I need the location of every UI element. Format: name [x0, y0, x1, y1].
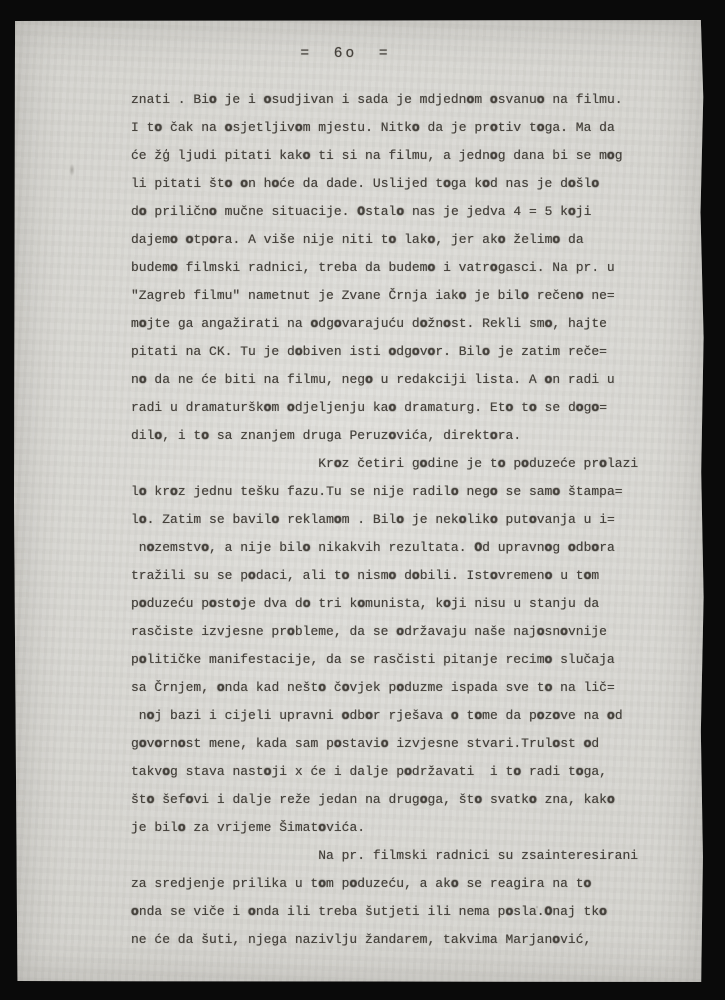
text-line: za sredjenje prilika u tom poduzeću, a a… [131, 870, 651, 898]
text-line: noj bazi i cijeli upravni odbor rješava … [131, 702, 651, 730]
text-line: mojte ga angažirati na odgovarajuću dožn… [131, 310, 651, 338]
text-line: sa Črnjem, onda kad nešto čovjek poduzme… [131, 674, 651, 702]
text-line: do prilično mučne situacije. Ostalo nas … [131, 198, 651, 226]
text-line: političke manifestacije, da se rasčisti … [131, 646, 651, 674]
text-line: Kroz četiri godine je to poduzeće prolaz… [131, 450, 651, 478]
text-line: I to čak na osjetljivom mjestu. Nitko da… [131, 114, 651, 142]
text-line: poduzeću postoje dva do tri komunista, k… [131, 590, 651, 618]
text-line: pitati na CK. Tu je dobiven isti odgovor… [131, 338, 651, 366]
text-line: radi u dramaturškom odjeljenju kao drama… [131, 394, 651, 422]
scan-background: = 6o = znati . Bio je i osudjivan i sada… [0, 0, 725, 1000]
text-line: dilo, i to sa znanjem druga Peruzovića, … [131, 422, 651, 450]
text-line: lo kroz jednu tešku fazu.Tu se nije radi… [131, 478, 651, 506]
text-line: govornost mene, kada sam postavio izvjes… [131, 730, 651, 758]
text-block: znati . Bio je i osudjivan i sada je mdj… [131, 86, 651, 954]
text-line: što šefovi i dalje reže jedan na drugoga… [131, 786, 651, 814]
text-line: takvog stava nastoji x će i dalje podrža… [131, 758, 651, 786]
text-line: dajemo otpora. A više nije niti to lako,… [131, 226, 651, 254]
text-line: nozemstvo, a nije bilo nikakvih rezultat… [131, 534, 651, 562]
page-number: = 6o = [14, 46, 705, 62]
text-line: tražili su se podaci, ali to nismo dobil… [131, 562, 651, 590]
text-line: li pitati što on hoće da dade. Uslijed t… [131, 170, 651, 198]
text-line: lo. Zatim se bavilo reklamom . Bilo je n… [131, 506, 651, 534]
text-line: znati . Bio je i osudjivan i sada je mdj… [131, 86, 651, 114]
text-line: će žģ ljudi pitati kako ti si na filmu, … [131, 142, 651, 170]
text-line: ne će da šuti, njega nazivlju žandarem, … [131, 926, 651, 954]
text-line: je bilo za vrijeme Šimatovića. [131, 814, 651, 842]
text-line: onda se viče i onda ili treba šutjeti il… [131, 898, 651, 926]
text-line: rasčiste izvjesne probleme, da se održav… [131, 618, 651, 646]
text-line: no da ne će biti na filmu, nego u redakc… [131, 366, 651, 394]
text-line: Na pr. filmski radnici su zsainteresiran… [131, 842, 651, 870]
text-line: "Zagreb filmu" nametnut je Zvane Črnja i… [131, 282, 651, 310]
document-page: = 6o = znati . Bio je i osudjivan i sada… [14, 20, 705, 982]
text-line: budemo filmski radnici, treba da budemo … [131, 254, 651, 282]
